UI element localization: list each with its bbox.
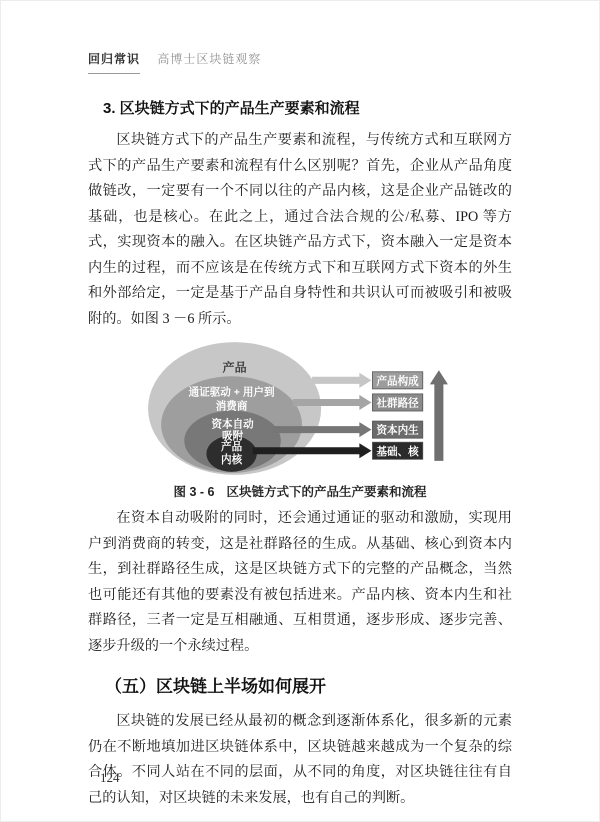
figure-caption: 图 3 - 6区块链方式下的产品生产要素和流程 xyxy=(88,482,512,500)
ring-label-product-core-line1: 产品 xyxy=(221,440,243,453)
section-heading-5: （五）区块链上半场如何展开 xyxy=(88,675,512,699)
figure-caption-title: 区块链方式下的产品生产要素和流程 xyxy=(226,485,426,499)
page-number: 124 xyxy=(100,770,120,786)
figure-3-6: 产品 通证驱动 + 用户到 消费商 资本自动 吸附 产品 内核 产品构成 社群路… xyxy=(88,338,512,500)
book-page: 回归常识 高博士区块链观察 3. 区块链方式下的产品生产要素和流程 区块链方式下… xyxy=(0,0,600,822)
arrow-product-composition xyxy=(312,373,371,388)
figure-caption-label: 图 3 - 6 xyxy=(173,485,214,499)
product-rings-diagram: 产品 通证驱动 + 用户到 消费商 资本自动 吸附 产品 内核 产品构成 社群路… xyxy=(139,338,461,479)
ring-label-token-drive-line2: 消费商 xyxy=(216,400,248,413)
ring-label-capital-attract-line1: 资本自动 xyxy=(211,418,254,431)
box-label-capital-endogenous: 资本内生 xyxy=(377,424,420,437)
series-title: 回归常识 xyxy=(88,50,140,74)
box-label-foundation-core: 基础、核 xyxy=(377,445,420,458)
book-subtitle: 高博士区块链观察 xyxy=(157,52,261,66)
paragraph-2: 在资本自动吸附的同时，还会通过通证的驱动和激励，实现用户到消费商的转变，这是社群… xyxy=(88,506,512,659)
up-arrow-icon xyxy=(430,370,448,461)
box-label-product-composition: 产品构成 xyxy=(377,374,420,387)
box-label-community-path: 社群路径 xyxy=(376,396,420,409)
ring-label-product: 产品 xyxy=(223,359,247,374)
ring-label-product-core-line2: 内核 xyxy=(221,453,243,466)
ring-label-token-drive-line1: 通证驱动 + 用户到 xyxy=(189,385,275,398)
paragraph-1: 区块链方式下的产品生产要素和流程，与传统方式和互联网方式下的产品生产要素和流程有… xyxy=(88,128,512,332)
section-heading-3: 3. 区块链方式下的产品生产要素和流程 xyxy=(88,98,512,120)
paragraph-3: 区块链的发展已经从最初的概念到逐渐体系化，很多新的元素仍在不断地填加进区块链体系… xyxy=(88,709,512,811)
running-header: 回归常识 高博士区块链观察 xyxy=(88,50,512,74)
